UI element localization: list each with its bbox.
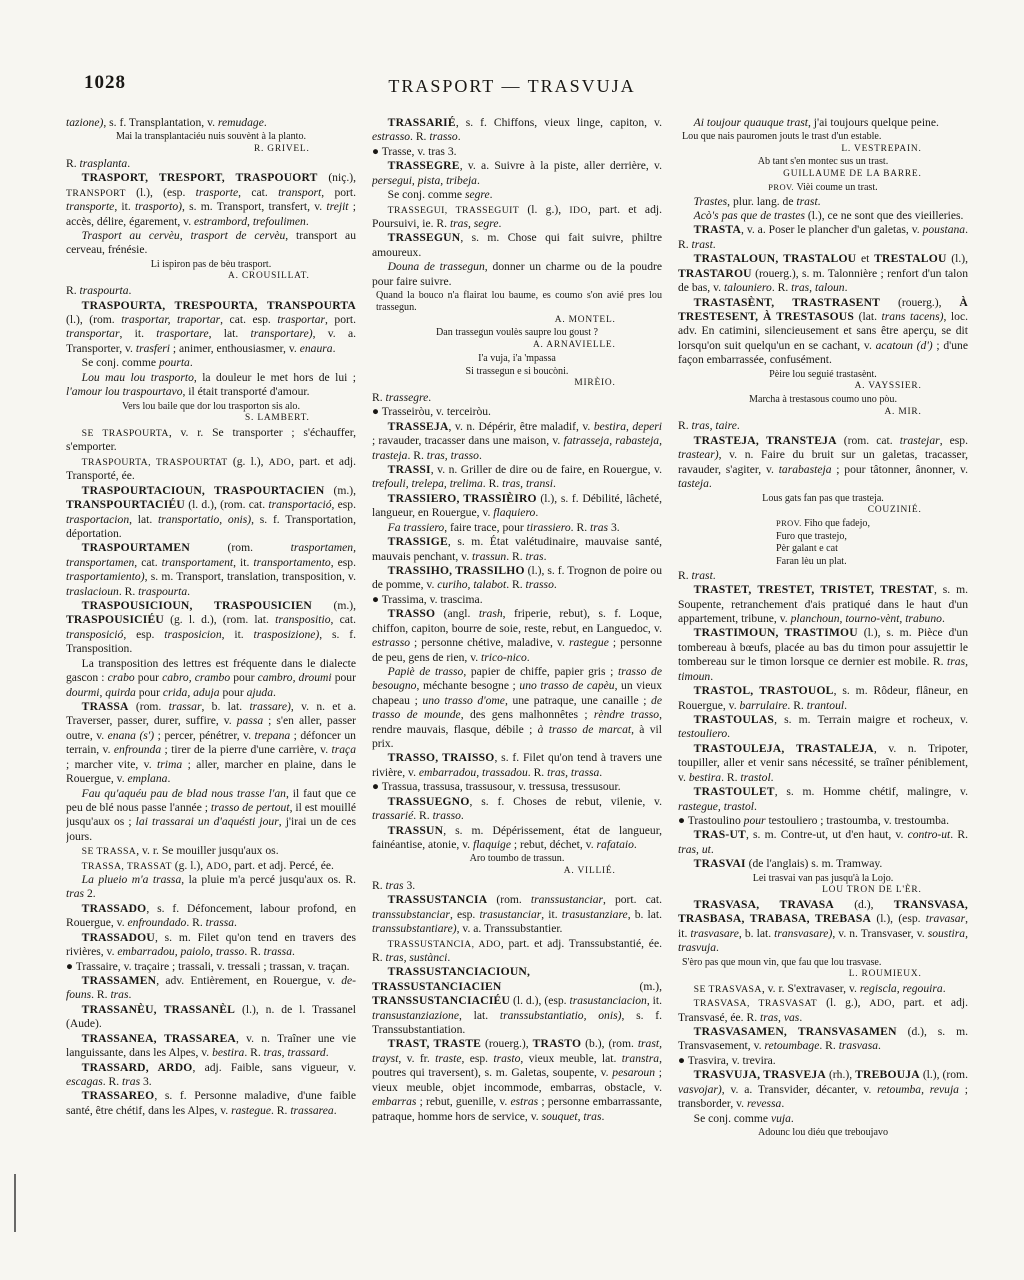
text-run: tras (122, 1075, 140, 1088)
text-run: trantoul (807, 699, 844, 712)
text-run: (rouerg.), (880, 296, 959, 309)
text-run: TRASTET, TRESTET, TRISTET, TRESTAT (694, 583, 934, 596)
text-run: . (527, 651, 530, 664)
text-run: Aro toumbo de trassun. (470, 853, 565, 864)
text-run: trassar (169, 700, 202, 713)
entry-paragraph: Fau qu'aquéu pau de blad nous trasse l'a… (66, 787, 356, 845)
text-run: . (727, 727, 730, 740)
text-run: transsubstanciar (372, 908, 450, 921)
entry-paragraph: TRASTASÈNT, TRASTRASENT (rouerg.), À TRE… (678, 296, 968, 368)
verse-quote: Vers lou baile que dor lou trasporton si… (66, 401, 356, 414)
text-run: , esp. (123, 628, 164, 641)
text-run: , s. m. Terrain maigre et rocheux, v. (774, 713, 968, 726)
text-run: ; personne chétive, maladive, v. (410, 636, 569, 649)
text-run: transportament (162, 556, 234, 569)
text-run: barrulaire (740, 699, 788, 712)
text-run: . R. (413, 809, 432, 822)
text-run: uno trasso d'ome (422, 694, 505, 707)
verse-quote: Ab tant s'en montec sus un trast. (678, 156, 968, 169)
text-run: TRASSO, TRAISSO (388, 751, 495, 764)
text-run: PROV. (768, 182, 796, 192)
text-run: TRASPOUSICIOUN, TRASPOUSICIEN (82, 599, 312, 612)
citation-text: Quand la bouco n'a flairat lou baume, es… (376, 290, 662, 315)
text-run: TRASSANEA, TRASSAREA (82, 1032, 236, 1045)
text-run: Vers lou baile que dor lou trasporton si… (122, 401, 300, 412)
text-run: , part. et adj. Percé, ée. (228, 859, 334, 872)
verse-quote: PROV. Vièi coume un trast. (678, 182, 968, 195)
text-run: Si trassegun e si boucòni. (466, 366, 569, 377)
text-run: A. VILLIÉ. (564, 866, 616, 876)
text-run: , v. a. Transvider, décanter, v. (722, 1083, 877, 1096)
text-run: , s. m. Transport, transfert, v. (182, 200, 326, 213)
text-run: , papier de chiffe, papier gris ; (463, 665, 618, 678)
text-run: tras (386, 879, 404, 892)
entry-paragraph: ● Trassaire, v. traçaire ; trassali, v. … (66, 960, 356, 974)
text-run: A. ARNAVIELLE. (533, 340, 616, 350)
text-run: TRASSUEGNO (388, 795, 470, 808)
text-run: TRASSA (82, 700, 129, 713)
text-run: transportació (268, 498, 331, 511)
text-run: (l.), (rom. (66, 313, 121, 326)
text-run: . (711, 843, 714, 856)
text-run: tras, transi (502, 477, 553, 490)
text-run: , v. r. S'extravaser, v. (762, 982, 860, 995)
text-run: et (856, 252, 874, 265)
citation-author: COUZINIÉ. (678, 505, 968, 517)
text-run: Se conj. comme (694, 1112, 771, 1125)
text-run: . R. (528, 766, 547, 779)
entry-paragraph: TRASSAREO, s. f. Personne maladive, d'un… (66, 1089, 356, 1118)
text-run: (l.), (esp. (126, 186, 196, 199)
text-run: traspourta (80, 284, 129, 297)
verse-quote: Dan trassegun voulès saupre lou goust ? (372, 327, 662, 340)
text-run: TRASSIGE (388, 535, 448, 548)
verse-line: PROV. Fiho que fadejo, (776, 518, 870, 531)
entry-paragraph: TRASTET, TRESTET, TRISTET, TRESTAT, s. m… (678, 583, 968, 626)
text-run: embarradou, trassadou (419, 766, 528, 779)
text-run: . R. (186, 916, 205, 929)
entry-paragraph: R. trasplanta. (66, 157, 356, 171)
text-run: poustana (923, 223, 966, 236)
verse-line: Vers lou baile que dor lou trasporton si… (66, 401, 356, 414)
text-run: traspourta (138, 585, 187, 598)
entry-paragraph: TRASSO (angl. trash, friperie, rebut), s… (372, 607, 662, 665)
text-run: . R. (483, 477, 502, 490)
text-run: . (127, 157, 130, 170)
text-run: (d.), (834, 898, 894, 911)
text-run: trasporto) (135, 200, 182, 213)
citation-author: A. CROUSILLAT. (66, 271, 356, 283)
text-run: (de l'anglais) s. m. Tramway. (746, 857, 883, 870)
text-run: , b. lat. (202, 700, 250, 713)
text-run: segre (465, 188, 490, 201)
text-run: curiho, talabot (437, 578, 506, 591)
entry-paragraph: SE TRASVASA, v. r. S'extravaser, v. regi… (678, 982, 968, 996)
text-run: ; animer, enthousiasmer, v. (170, 342, 300, 355)
text-run: (rh.), (826, 1068, 855, 1081)
text-run: trasporte (196, 186, 239, 199)
text-run: , s. m. Homme chétif, malingre, v. (775, 785, 968, 798)
text-run: . (333, 342, 336, 355)
entry-paragraph: TRASTOULEJA, TRASTALEJA, v. n. Tripoter,… (678, 742, 968, 785)
column-3: Ai toujour quauque trast, j'ai toujours … (678, 116, 968, 1216)
entry-paragraph: Acò's pas que de trastes (l.), ce ne son… (678, 209, 968, 223)
text-run: tasteja (678, 477, 709, 490)
text-run: . (326, 1046, 329, 1059)
citation-author: LOU TRON DE L'ÈR. (678, 885, 968, 897)
text-run: . R. (819, 1039, 838, 1052)
entry-paragraph: TRASSA, TRASSAT (g. l.), ADO, part. et a… (66, 859, 356, 873)
text-run: , vieux meuble, lat. (520, 1052, 621, 1065)
text-run: ; percer, pénétrer, v. (154, 729, 254, 742)
text-run: , it. (222, 628, 254, 641)
text-run: , il était transporté d'amour. (183, 385, 310, 398)
text-run: 2. (84, 887, 96, 900)
entry-paragraph: R. trast. (678, 569, 968, 583)
text-run: . (187, 585, 190, 598)
text-run: trasportar (277, 313, 325, 326)
text-run: Li ispiron pas de bèu trasport. (151, 259, 272, 270)
text-run: transustanziazione (372, 1009, 459, 1022)
verse-quote: Aro toumbo de trassun. (372, 853, 662, 866)
text-run: . (292, 945, 295, 958)
text-run: , b. lat. (739, 927, 774, 940)
text-run: (m.), (324, 484, 356, 497)
text-run: Lous gats fan pas que trasteja. (762, 493, 884, 504)
text-run: ● Trastoulino (678, 814, 744, 827)
text-run: , cat. (238, 186, 278, 199)
citation-author: MIRÈIO. (372, 378, 662, 390)
text-run: cabro, crambo (162, 671, 230, 684)
entry-paragraph: TRASPORT, TRESPORT, TRASPOUORT (niç.), T… (66, 171, 356, 229)
text-run: enfroundado (128, 916, 187, 929)
text-run: (l.), (rom. (920, 1068, 968, 1081)
entry-paragraph: ● Trassua, trassusa, trassusour, v. tres… (372, 780, 662, 794)
text-run: tras (590, 521, 608, 534)
text-run: , cat. esp. (220, 313, 277, 326)
text-run: trasso (429, 130, 457, 143)
text-run: transposició (66, 628, 123, 641)
text-run: TRASSADOU (82, 931, 155, 944)
text-run: trassegre (386, 391, 429, 404)
text-run: tras, taloun (791, 281, 844, 294)
text-run: tras (110, 988, 128, 1001)
text-run: TRASSADO (82, 902, 147, 915)
verse-quote: Marcha à trestasous coumo uno pòu. (678, 394, 968, 407)
text-run: transportamento (253, 556, 330, 569)
citation-text: Lou que nais pauromen jouts le trast d'u… (682, 131, 968, 143)
text-run: , it. (233, 556, 253, 569)
text-run: trassare) (249, 700, 290, 713)
entry-paragraph: ● Trasse, v. tras 3. (372, 145, 662, 159)
text-run: traça (332, 743, 356, 756)
text-run: . (129, 284, 132, 297)
text-run: LOU TRON DE L'ÈR. (822, 885, 922, 895)
text-run: TRASSEJA (388, 420, 449, 433)
text-run: trasso de pertout (211, 801, 290, 814)
text-run: trasferi (136, 342, 170, 355)
text-run: TRAST, TRASTE (388, 1037, 481, 1050)
text-run: l'amour lou traspourtavo (66, 385, 183, 398)
text-run: TRASTOULEJA, TRASTALEJA (694, 742, 874, 755)
text-run: trastol (740, 771, 770, 784)
text-run: Fa trassiero (388, 521, 445, 534)
text-run: , v. n. Dépérir, être maladif, v. (449, 420, 594, 433)
text-run: contro-ut (908, 828, 951, 841)
text-run: . (458, 130, 461, 143)
entry-paragraph: TRASTOULAS, s. m. Terrain maigre et roch… (678, 713, 968, 742)
text-run: . (428, 391, 431, 404)
text-run: trejit (326, 200, 348, 213)
entry-paragraph: TRASSO, TRAISSO, s. f. Filet qu'on tend … (372, 751, 662, 780)
text-run: S. LAMBERT. (245, 413, 310, 423)
text-run: , adj. Faible, sans vigueur, v. (193, 1061, 356, 1074)
entry-paragraph: TRASSUSTANCIACIOUN, TRASSUSTANCIACIEN (m… (372, 965, 662, 1037)
text-run: trasustanciacion (570, 994, 647, 1007)
text-run: trans tacens) (882, 310, 944, 323)
text-run: . (167, 772, 170, 785)
text-run: Lei trasvai van pas jusqu'à la Lojo. (753, 873, 894, 884)
text-run: ADO (269, 457, 291, 468)
page-number: 1028 (84, 72, 126, 94)
text-run: embarras (372, 1095, 416, 1108)
verse-line: Furo que trastejo, (776, 531, 870, 544)
text-run: . (710, 670, 713, 683)
text-run: (l. g.), (817, 996, 869, 1009)
text-run: testouliero (678, 727, 727, 740)
text-run: à trasso de marcat (538, 723, 631, 736)
text-run: TRASVUJA, TRASVEJA (694, 1068, 826, 1081)
text-run: tras, vas (760, 1011, 799, 1024)
text-run: trassun (472, 550, 506, 563)
entry-paragraph: Se conj. comme vuja. (678, 1112, 968, 1126)
text-run: trasposicion (164, 628, 221, 641)
text-run: , v. a. Poser le plancher d'un galetas, … (741, 223, 923, 236)
entry-paragraph: Ai toujour quauque trast, j'ai toujours … (678, 116, 968, 130)
text-run: bestira (212, 1046, 244, 1059)
text-run: , s. f. Transplantation, v. (103, 116, 218, 129)
text-run: , it. (647, 994, 662, 1007)
text-run: . (599, 766, 602, 779)
text-run: . R. (410, 130, 429, 143)
text-run: Pèire lou seguié trastasènt. (769, 369, 877, 380)
text-run: flaquiero (493, 506, 535, 519)
text-run: trasplanta (80, 157, 128, 170)
text-run: . (129, 988, 132, 1001)
entry-paragraph: TRASPOURTA, TRESPOURTA, TRANSPOURTA (l.)… (66, 299, 356, 357)
text-run: , it. (114, 200, 135, 213)
text-run: , lat. (129, 513, 158, 526)
text-run: TRASTA (694, 223, 741, 236)
text-run: estras (510, 1095, 538, 1108)
text-run: trash (479, 607, 503, 620)
text-run: retoumbage (764, 1039, 819, 1052)
text-run: , adv. Entièrement, en Rouergue, v. (156, 974, 341, 987)
text-run: . (477, 174, 480, 187)
entry-paragraph: TRASVASAMEN, TRANSVASAMEN (d.), s. m. Tr… (678, 1025, 968, 1054)
entry-paragraph: R. trassegre. (372, 391, 662, 405)
text-run: , v. a. Suivre à la piste, aller derrièr… (460, 159, 662, 172)
scan-artifact-line (14, 1174, 16, 1232)
text-run: . R. (407, 449, 426, 462)
entry-paragraph: R. traspourta. (66, 284, 356, 298)
text-run: enfrounda (114, 743, 161, 756)
text-run: lai trassarai un d'aquésti jour (136, 815, 279, 828)
text-run: travasar (926, 912, 965, 925)
text-run: pour (744, 814, 766, 827)
verse-quote: Adounc lou diéu que treboujavo (678, 1127, 968, 1140)
text-run: bestira (689, 771, 721, 784)
text-run: TRESTALOU (874, 252, 946, 265)
entry-paragraph: TRASSUN, s. m. Dépérissement, état de la… (372, 824, 662, 853)
text-run: , cat. (331, 613, 357, 626)
text-run: SE TRASPOURTA (82, 428, 169, 439)
verse-line: Si trassegun e si boucòni. (372, 366, 662, 379)
text-run: (g. l.), (172, 859, 206, 872)
text-run: 3. (404, 879, 416, 892)
text-run: , la douleur le met hors de lui ; (194, 371, 356, 384)
text-run: . R. (721, 771, 740, 784)
text-run: rastegue (231, 1104, 271, 1117)
text-run: TREBOUJA (855, 1068, 920, 1081)
text-run: TRASSEGUN (388, 231, 461, 244)
text-run: Dan trassegun voulès saupre lou goust ? (436, 327, 598, 338)
text-run: trasso (433, 809, 461, 822)
verse-line: PROV. Vièi coume un trast. (678, 182, 968, 195)
text-run: bestira, deperi (594, 420, 662, 433)
text-run: Lou que nais pauromen jouts le trast d'u… (682, 131, 881, 142)
text-run: pour (220, 686, 247, 699)
text-run: TRASVASAMEN, TRANSVASAMEN (694, 1025, 897, 1038)
text-run: trast (692, 238, 713, 251)
text-run: Ai toujour quauque trast (694, 116, 808, 129)
text-run: TRASSAREO (82, 1089, 155, 1102)
text-run: . R. (506, 578, 525, 591)
text-run: Vièi coume un trast. (796, 182, 877, 193)
text-run: ; rebut, déchet, v. (511, 838, 597, 851)
text-run: trasvasa (839, 1039, 878, 1052)
text-run: Douna de trassegun (388, 260, 485, 273)
text-run: , s. m. Transport, translation, transpos… (145, 570, 356, 583)
entry-paragraph: TRASSIHO, TRASSILHO (l.), s. f. Trognon … (372, 564, 662, 593)
text-run: 3. (608, 521, 620, 534)
entry-paragraph: TRASPOURTA, TRASPOURTAT (g. l.), ADO, pa… (66, 455, 356, 484)
text-run: (lat. (854, 310, 882, 323)
text-run: A. CROUSILLAT. (228, 271, 310, 281)
text-run: cambro, droumi (258, 671, 332, 684)
entry-paragraph: Se conj. comme pourta. (66, 356, 356, 370)
text-run: Acò's pas que de trastes (694, 209, 805, 222)
text-run: Trasport au cervèu, trasport de cervèu (82, 229, 286, 242)
text-run: . (234, 916, 237, 929)
text-columns: tazione), s. f. Transplantation, v. remu… (0, 110, 1024, 1216)
entry-paragraph: tazione), s. f. Transplantation, v. remu… (66, 116, 356, 130)
text-run: ajuda (247, 686, 273, 699)
text-run: TRASTASÈNT, TRASTRASENT (694, 296, 880, 309)
entry-paragraph: TRASTIMOUN, TRASTIMOU (l.), s. m. Pièce … (678, 626, 968, 684)
text-run: trast (692, 569, 713, 582)
column-2: TRASSARIÉ, s. f. Chiffons, vieux linge, … (372, 116, 662, 1216)
entry-paragraph: TRASSUEGNO, s. f. Choses de rebut, vilen… (372, 795, 662, 824)
text-run: passa (237, 714, 263, 727)
text-run: ADO (206, 861, 228, 872)
text-run: tras, taire (692, 419, 737, 432)
text-run: , b. lat. (628, 908, 662, 921)
text-run: trastear) (678, 448, 719, 461)
page-header: 1028 TRASPORT — TRASVUJA (0, 0, 1024, 110)
text-run: Se conj. comme (82, 356, 159, 369)
dictionary-page: 1028 TRASPORT — TRASVUJA tazione), s. f.… (0, 0, 1024, 1280)
text-run: trasportar, traportar (121, 313, 220, 326)
entry-paragraph: TRASSIGE, s. m. État valétudinaire, mauv… (372, 535, 662, 564)
text-run: . (273, 686, 276, 699)
text-run: R. (372, 879, 386, 892)
text-run: TRASPOUSICIÉU (66, 613, 164, 626)
entry-paragraph: TRASSA (rom. trassar, b. lat. trassare),… (66, 700, 356, 787)
text-run: trasportacion (66, 513, 129, 526)
text-run: Quand la bouco n'a flairat lou baume, es… (376, 290, 662, 313)
citation-author: L. VESTREPAIN. (678, 144, 968, 156)
text-run: TRASSUSTANCIA, ADO (388, 939, 501, 950)
citation-author: L. ROUMIEUX. (678, 969, 968, 981)
text-run: . (554, 578, 557, 591)
entry-paragraph: TRASSEJA, v. n. Dépérir, être maladif, v… (372, 420, 662, 463)
text-run: ● Trasvira, v. trevira. (678, 1054, 776, 1067)
text-run: , port. (321, 186, 356, 199)
verse-quote: Lei trasvai van pas jusqu'à la Lojo. (678, 873, 968, 886)
text-run: trico-nico (481, 651, 527, 664)
text-run: TRASSEGRE (388, 159, 460, 172)
text-run: . R. (271, 1104, 290, 1117)
text-run: TRASSIHO, TRASSILHO (388, 564, 525, 577)
text-run: , s. f. Chiffons, vieux linge, capiton, … (456, 116, 662, 129)
text-run: ; tirer de la pierre d'une carrière, v. (161, 743, 331, 756)
text-run: (rom. (190, 541, 291, 554)
entry-paragraph: TRASVAI (de l'anglais) s. m. Tramway. (678, 857, 968, 871)
verse-quote: Li ispiron pas de bèu trasport. (66, 259, 356, 272)
text-run: TRASTOL, TRASTOUOL (694, 684, 834, 697)
entry-paragraph: TRAST, TRASTE (rouerg.), TRASTO (b.), (r… (372, 1037, 662, 1124)
entry-paragraph: ● Trasvira, v. trevira. (678, 1054, 968, 1068)
text-run: enana (s') (108, 729, 155, 742)
citation-author: S. LAMBERT. (66, 413, 356, 425)
text-run: tras, trassa (547, 766, 599, 779)
text-run: , v. fr. (398, 1052, 435, 1065)
text-run: . (498, 217, 501, 230)
text-run: (m.), (501, 980, 662, 993)
text-run: R. (372, 391, 386, 404)
text-run: trasustanziare (562, 908, 628, 921)
entry-paragraph: TRASSEGUI, TRASSEGUIT (l. g.), IDO, part… (372, 203, 662, 232)
text-run: A. MIR. (884, 407, 921, 417)
text-run: . (190, 356, 193, 369)
text-run: transtra (622, 1052, 659, 1065)
text-run: TRASSEGUI, TRASSEGUIT (388, 205, 520, 216)
text-run: (angl. (435, 607, 479, 620)
text-run: , des gens malhonnêtes ; (461, 708, 594, 721)
text-run: . (878, 1039, 881, 1052)
text-run: Adounc lou diéu que treboujavo (758, 1127, 888, 1138)
text-run: . (535, 506, 538, 519)
text-run: . (461, 809, 464, 822)
text-run: . R. (244, 1046, 263, 1059)
text-run: La plueio m'a trassa (82, 873, 182, 886)
entry-paragraph: TRASSADOU, s. m. Filet qu'on tend en tra… (66, 931, 356, 960)
text-run: trasso (526, 578, 554, 591)
text-run: TRASSARD, ARDO (82, 1061, 193, 1074)
text-run: flaquige (473, 838, 511, 851)
text-run: regiscla, regouira (860, 982, 943, 995)
